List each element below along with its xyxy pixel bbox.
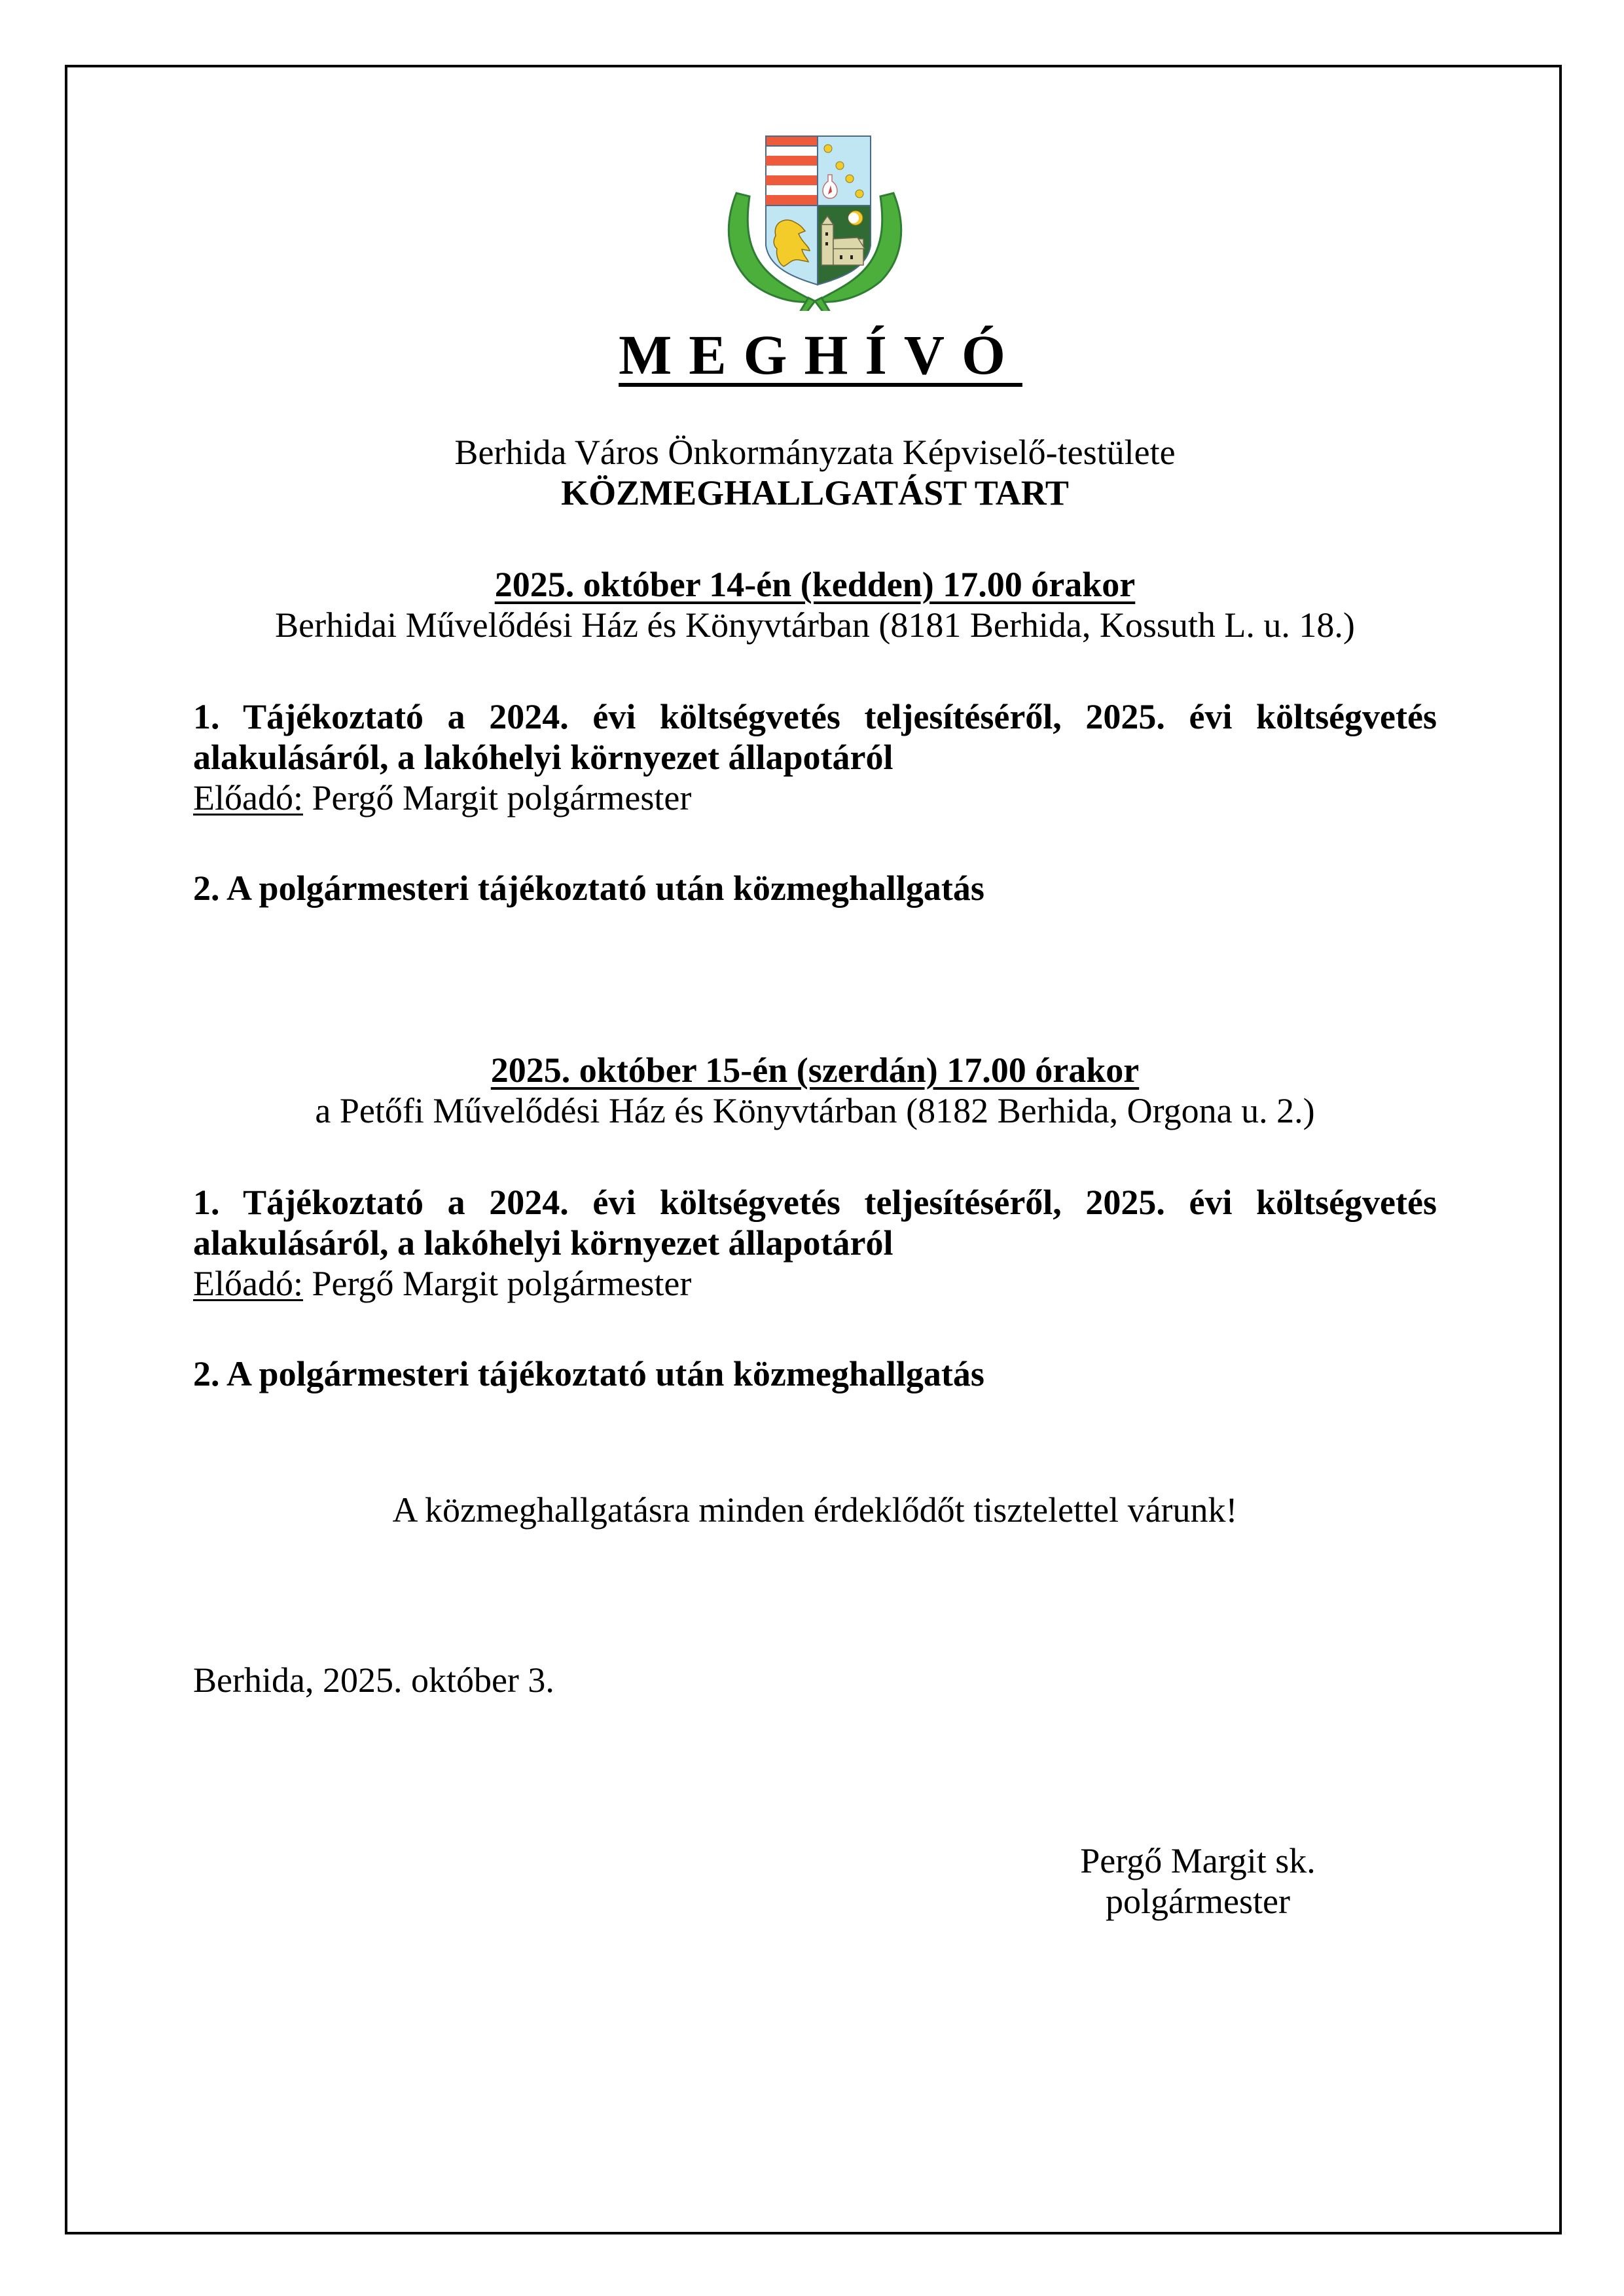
- session-1-item-2: 2. A polgármesteri tájékoztató után közm…: [193, 868, 1437, 908]
- session-2-item-1-line-2: alakulásáról, a lakóhelyi környezet álla…: [193, 1223, 1437, 1263]
- headline: KÖZMEGHALLGATÁST TART: [193, 473, 1437, 513]
- session-1-item-1-line-1: 1. Tájékoztató a 2024. évi költségvetés …: [193, 696, 1437, 737]
- presenter-label: Előadó:: [193, 778, 303, 817]
- session-1-item-1-line-2: alakulásáról, a lakóhelyi környezet álla…: [193, 737, 1437, 778]
- signature-name: Pergő Margit sk.: [1001, 1840, 1394, 1881]
- signature-role: polgármester: [1001, 1881, 1394, 1922]
- session-2-location: a Petőfi Művelődési Ház és Könyvtárban (…: [193, 1090, 1437, 1131]
- presenter-label: Előadó:: [193, 1264, 303, 1303]
- place-and-date: Berhida, 2025. október 3.: [193, 1660, 1437, 1700]
- session-2-datetime-text: 2025. október 15-én (szerdán) 17.00 órak…: [491, 1050, 1139, 1090]
- session-2-presenter: Előadó: Pergő Margit polgármester: [193, 1263, 1437, 1304]
- session-1-datetime: 2025. október 14-én (kedden) 17.00 órako…: [193, 564, 1437, 605]
- presenter-name: Pergő Margit polgármester: [303, 778, 691, 817]
- session-1-presenter: Előadó: Pergő Margit polgármester: [193, 778, 1437, 818]
- session-1-datetime-text: 2025. október 14-én (kedden) 17.00 órako…: [495, 565, 1136, 604]
- organizer-line: Berhida Város Önkormányzata Képviselő-te…: [193, 432, 1437, 473]
- session-2-datetime: 2025. október 15-én (szerdán) 17.00 órak…: [193, 1050, 1437, 1090]
- title-text: MEGHÍVÓ: [602, 323, 1022, 386]
- presenter-name: Pergő Margit polgármester: [303, 1264, 691, 1303]
- session-1-location: Berhidai Művelődési Ház és Könyvtárban (…: [193, 605, 1437, 645]
- document-title: MEGHÍVÓ: [0, 322, 1624, 387]
- session-2-item-1-line-1: 1. Tájékoztató a 2024. évi költségvetés …: [193, 1182, 1437, 1223]
- closing-text: A közmeghallgatásra minden érdeklődőt ti…: [193, 1490, 1437, 1530]
- session-2-item-2: 2. A polgármesteri tájékoztató után közm…: [193, 1354, 1437, 1394]
- coat-of-arms-icon: [710, 115, 920, 311]
